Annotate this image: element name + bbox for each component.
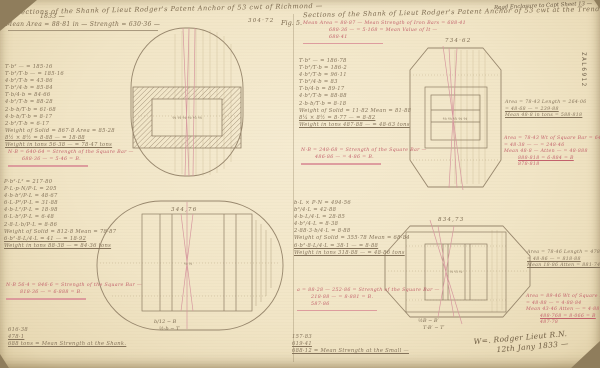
tick-numbers: ⅔ ⅓ ⅔ ⅔ ⅓ ⅔: [172, 115, 202, 120]
calc-column-right-bottom: Area = 78·46 Length = 478·8= 48·86 — = 8…: [527, 250, 600, 270]
text-line: Weight in tons 88·38 — = 84·36 tons: [4, 243, 116, 250]
text-line: [303, 43, 383, 45]
text-line: 478·1: [8, 334, 126, 341]
text-line: Area = 78·46 Length = 478·8: [527, 250, 600, 257]
text-line: 487·78: [526, 320, 600, 327]
nested-rectangles: [142, 214, 252, 311]
text-line: 878·818: [504, 162, 600, 169]
calc-red-right-top: Area = 78·43 Wt of Square Bar = 64·88= 4…: [504, 136, 600, 169]
text-line: [297, 310, 377, 312]
text-line: P·L·p·N∕P·L = 205: [4, 186, 116, 193]
text-line: 6·b²·8·L∕4·L = 41 — = 18·92: [4, 236, 116, 243]
text-line: T·b² — = 185·16: [5, 64, 115, 71]
text-line: 8½ × 8½ = 8·88 — = 18·88: [5, 135, 115, 142]
text-line: 688·41: [303, 35, 466, 42]
text-line: 2·88·3·b∕4·L = 8·88: [294, 228, 410, 235]
totals-left: 616·38478·1688 tons = Mean Strength at t…: [8, 327, 126, 348]
text-line: N·B 56·4 = 846·6 = Strength of the Squar…: [6, 283, 142, 290]
text-line: 688·12 = Mean Strength at the Small —: [292, 348, 409, 355]
tick-numbers: ⅔ ⅓ ⅔: [450, 270, 463, 274]
text-line: 8¼ × 8½ = 8·77 — = 8·82: [299, 115, 411, 122]
text-line: [8, 165, 88, 167]
text-line: Weight in tons 56·38 — = 78·47 tons: [5, 142, 115, 149]
text-line: Weight of Solid = 812·8 Mean = 78·87: [4, 229, 116, 236]
text-line: b·L × P·N = 494·56: [294, 200, 410, 207]
fraction-note-d3: b∕12 − B½·b − T: [154, 319, 179, 332]
text-line: 4·b·b∕T·b = 8·17: [5, 114, 115, 121]
text-line: Area = 78·43 Length = 264·06: [505, 100, 587, 107]
text-line: T·b³∕T·b — = 185·16: [5, 71, 115, 78]
text-line: 6·L·P²∕P·L = 31·88: [4, 200, 116, 207]
dimension-label-d3: 344,76: [171, 207, 197, 213]
calc-red-mid-top: N·B = 248·68 = Strength of the Square Ba…: [301, 148, 427, 165]
fraction-note-d4: ½B − B′T·B′ − T′: [418, 318, 445, 331]
section-diagram-bottom-left: ⅔ ⅔: [92, 196, 288, 336]
text-line: T·b∕4·b = 89·17: [299, 86, 411, 93]
calc-red-right-bottom: Area = 89·46 Wt of Square Bar = 84·8= 48…: [526, 294, 600, 327]
text-line: 4·b·L∕4·L = 28·85: [294, 214, 410, 221]
dimension-label-d4: 834,73: [438, 217, 464, 223]
totals-mid: 157·83619·41688·12 = Mean Strength at th…: [292, 334, 409, 355]
text-line: 4·b²∕T·b = 43·86: [5, 78, 115, 85]
text-line: Weight of Solid = 355·78 Mean = 68·84: [294, 235, 410, 242]
center-fold-line: [293, 14, 294, 362]
text-line: 486·86 — = 4·86 = B.: [301, 155, 427, 162]
text-line: 619·41: [292, 341, 409, 348]
tick-numbers: ⅔ ⅔: [184, 262, 193, 266]
text-line: 157·83: [292, 334, 409, 341]
text-line: T·b²∕4·b = 85·84: [5, 85, 115, 92]
text-line: Mean Area = 88·87 — Mean Strength of Iro…: [303, 21, 466, 28]
text-line: [301, 163, 381, 165]
text-line: a = 88·28 — 252·86 = Strength of the Squ…: [297, 288, 440, 295]
text-line: 2·b·b∕T·b = 61·68: [5, 107, 115, 114]
text-line: 4·b²∕T·b = 96·11: [299, 72, 411, 79]
text-line: Mean 43·46 Atten — = 4·88·88: [526, 307, 600, 314]
dimension-label-d2: 734·62: [445, 38, 471, 44]
manuscript-sheet: Sections of the Shank of Lieut Rodger's …: [0, 0, 600, 368]
dimension-label-d1: 304·72: [248, 18, 274, 24]
text-line: N·B = 248·68 = Strength of the Square Ba…: [301, 148, 427, 155]
text-line: Weight in tons 318·88 — = 48·86 tons: [294, 250, 410, 257]
text-line: b³∕4·L = 42·88: [294, 207, 410, 214]
right-title-red-note: Mean Area = 88·87 — Mean Strength of Iro…: [303, 21, 466, 44]
calc-column-right-top: Area = 78·43 Length = 264·06= 48·68 — = …: [505, 100, 587, 120]
text-line: 4·b²∕T·b = 88·28: [5, 99, 115, 106]
text-line: 4·b·b²∕P·L = 48·67: [4, 193, 116, 200]
text-line: ½·b − T: [154, 326, 179, 333]
signature-block: W=. Rodger Lieut R.N.12th Jany 1833 —: [473, 329, 569, 357]
text-line: T·B′ − T′: [418, 325, 445, 332]
calc-column-mid-top: T·b² — = 186·78T·b³∕T·b = 186·24·b²∕T·b …: [299, 58, 411, 129]
text-line: [6, 298, 86, 300]
text-line: 218·88 — = 8·881 = B.: [297, 295, 440, 302]
calc-column-mid-bottom: b·L × P·N = 494·56b³∕4·L = 42·884·b·L∕4·…: [294, 200, 410, 257]
text-line: 688·36 — = 5·46 = B.: [8, 157, 134, 164]
text-line: 488·768 = 8·066 = B: [526, 314, 600, 321]
figure-label: Fig. 5.: [281, 19, 302, 27]
text-line: 818·36 — = 6·888 = B.: [6, 290, 142, 297]
text-line: 6·L·b²∕P·L = 6·48: [4, 214, 116, 221]
calc-column-left-top: T·b² — = 185·16T·b³∕T·b — = 185·164·b²∕T…: [5, 64, 115, 149]
text-line: Mean 48·8 — Atten — = 48·888: [504, 149, 600, 156]
text-line: Mean 18·86 Atten = 881·748: [527, 263, 600, 270]
text-line: P·b²·L² = 217·80: [4, 179, 116, 186]
text-line: T·b²∕4·b = 83: [299, 79, 411, 86]
tick-numbers: ⅔ ⅔ ⅓ ⅔ ⅔: [443, 116, 468, 121]
text-line: T·b³∕T·b = 186·2: [299, 65, 411, 72]
text-line: 4·b²∕T·b = 88·88: [299, 93, 411, 100]
text-line: 2·8·L·b∕P·L = 8·86: [4, 222, 116, 229]
section-diagram-top-left: ⅔ ⅓ ⅔ ⅔ ⅓ ⅔: [125, 24, 250, 182]
text-line: Area = 78·43 Wt of Square Bar = 64·88: [504, 136, 600, 143]
text-line: N·B = 640·64 = Strength of the Square Ba…: [8, 150, 134, 157]
left-title-date: 1833 —: [40, 13, 65, 20]
text-line: Area = 89·46 Wt of Square Bar = 84·8: [526, 294, 600, 301]
calc-red-left-bottom: N·B 56·4 = 846·6 = Strength of the Squar…: [6, 283, 142, 300]
text-line: 4·b²∕4·L = 8·38: [294, 221, 410, 228]
text-line: T·b∕4·b = 84·66: [5, 92, 115, 99]
calc-red-left-top: N·B = 640·64 = Strength of the Square Ba…: [8, 150, 134, 167]
text-line: Mean 48·8 in tons = 588·818: [505, 113, 587, 120]
text-line: 688 tons = Mean Strength at the Shank.: [8, 341, 126, 348]
calc-column-left-bottom: P·b²·L² = 217·80P·L·p·N∕P·L = 2054·b·b²∕…: [4, 179, 116, 250]
text-line: 6·b²·8·L∕4·L = 38·1 — = 8·88: [294, 243, 410, 250]
text-line: Weight of Solid = 11·82 Mean = 81·88: [299, 108, 411, 115]
text-line: 587·86: [297, 302, 440, 309]
text-line: Weight of Solid = 867·8 Area = 85·28: [5, 128, 115, 135]
text-line: 688·36 — = 5·168 = Mean Value of It —: [303, 28, 466, 35]
text-line: 2·b³∕T·b = 6·17: [5, 121, 115, 128]
calc-red-mid-bottom: a = 88·28 — 252·86 = Strength of the Squ…: [297, 288, 440, 311]
text-line: 2·b·b∕T·b = 8·18: [299, 101, 411, 108]
text-line: 4·b·L²∕P·L = 18·98: [4, 207, 116, 214]
text-line: T·b² — = 186·78: [299, 58, 411, 65]
catalog-number: ZAL6912: [580, 52, 587, 88]
text-line: 616·38: [8, 327, 126, 334]
text-line: b∕12 − B: [154, 319, 179, 326]
text-line: Weight in tons 487·88 — = 48·63 tons: [299, 122, 411, 129]
